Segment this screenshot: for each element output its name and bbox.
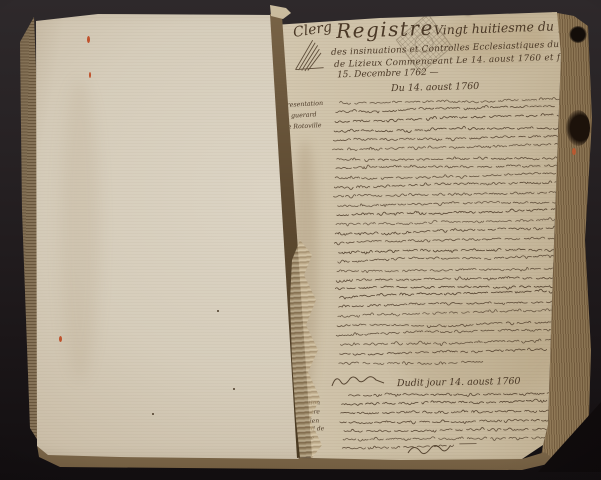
handwriting-line	[342, 398, 569, 406]
paper-stain	[60, 80, 100, 380]
red-speck	[89, 72, 91, 78]
handwriting-line	[335, 172, 559, 181]
handwriting-line	[338, 254, 578, 264]
marginalia-owner-name: Lemuil	[299, 12, 322, 22]
handwriting-line	[343, 434, 559, 443]
handwriting-line	[333, 143, 572, 152]
handwriting-line	[334, 236, 577, 245]
handwriting-line	[339, 288, 581, 299]
handwriting-line	[337, 320, 566, 330]
handwriting-line	[340, 97, 563, 106]
handwriting-line	[336, 217, 572, 226]
handwriting-line	[348, 390, 560, 399]
ink-dot	[233, 388, 235, 390]
handwriting-line	[336, 274, 581, 284]
ink-dot	[152, 413, 154, 415]
handwriting-line	[334, 124, 574, 134]
handwriting-line	[334, 180, 566, 190]
entry1-body	[331, 96, 587, 366]
handwriting-line	[336, 161, 560, 171]
fore-edge-notch-mid	[566, 110, 590, 146]
ink-dot	[217, 310, 219, 312]
handwriting-line	[335, 226, 584, 236]
handwriting-line	[340, 418, 557, 426]
red-speck	[59, 336, 62, 342]
entry2-date-heading: Dudit jour 14. aoust 1760	[397, 376, 521, 389]
handwriting-line	[336, 104, 571, 114]
handwriting-line	[336, 328, 576, 337]
wax-speck	[572, 148, 576, 155]
title-word-registre: Registre	[336, 16, 435, 43]
ink-blot	[463, 8, 473, 15]
handwriting-line	[344, 426, 568, 434]
handwriting-line	[333, 133, 582, 143]
handwriting-line	[337, 153, 580, 164]
entry1-date-heading: Du 14. aoust 1760	[391, 81, 480, 94]
entry2-body	[339, 390, 569, 450]
handwriting-line	[339, 246, 571, 256]
handwriting-line	[338, 308, 582, 318]
red-speck	[87, 36, 90, 43]
handwriting-line	[340, 347, 564, 355]
handwriting-line	[340, 338, 566, 348]
handwriting-line	[338, 199, 580, 208]
handwriting-line	[335, 113, 562, 123]
handwriting-line	[337, 265, 568, 275]
handwriting-line	[339, 299, 582, 307]
handwriting-line	[341, 408, 564, 416]
manuscript-photo: Lemuil Clerg Registre Vingt huitiesme du…	[0, 0, 601, 480]
handwriting-line	[334, 190, 570, 198]
fore-edge-notch-top	[569, 26, 587, 43]
handwriting-line	[342, 444, 476, 450]
handwriting-line	[339, 359, 486, 366]
handwriting-line	[337, 208, 575, 217]
